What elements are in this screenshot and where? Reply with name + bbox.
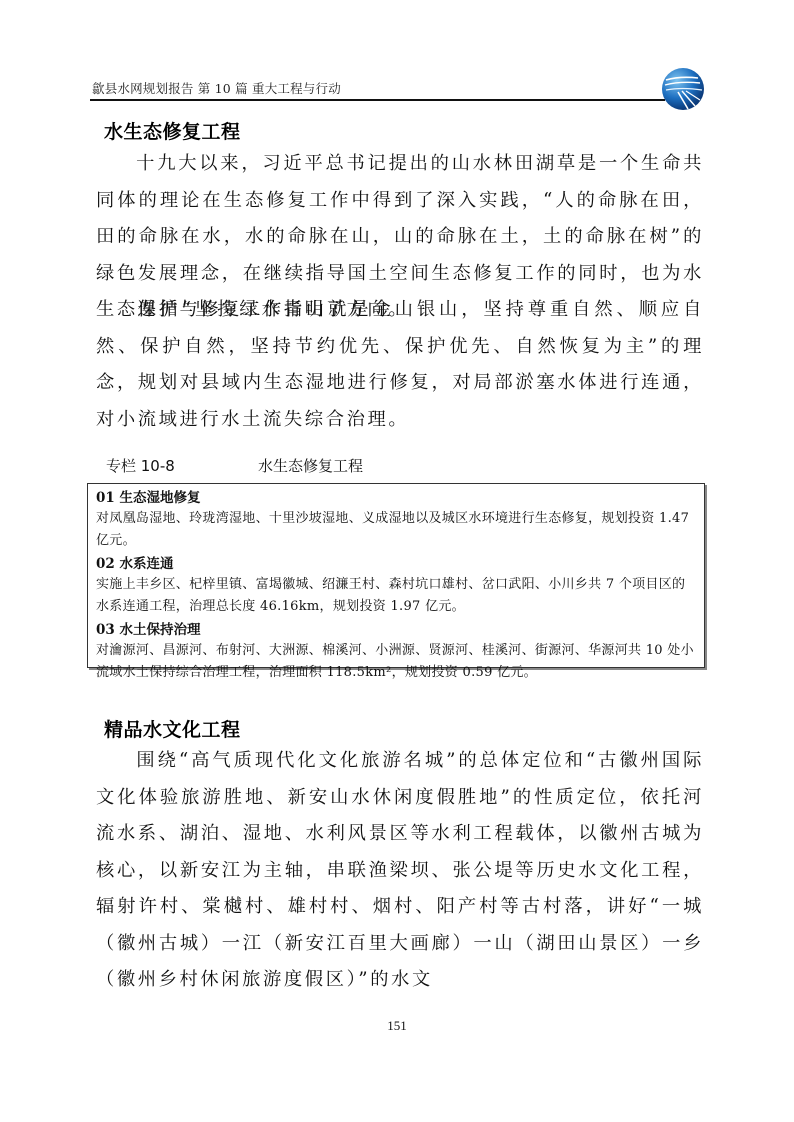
box-item-body: 对瀹源河、昌源河、布射河、大洲源、棉溪河、小洲源、贤源河、桂溪河、街源河、华源河…: [96, 640, 696, 684]
box-title: 水生态修复工程: [258, 455, 363, 476]
water-network-globe-logo-icon: [660, 66, 706, 112]
page-number: 151: [0, 1018, 794, 1034]
paragraph: 围绕“高气质现代化文化旅游名城”的总体定位和“古徽州国际文化体验旅游胜地、新安山…: [96, 743, 704, 999]
box-item-title: 01 生态湿地修复: [96, 488, 696, 508]
paragraph: 遵循“坚持绿水青山就是金山银山，坚持尊重自然、顺应自然、保护自然，坚持节约优先、…: [96, 292, 704, 438]
box-item-title: 02 水系连通: [96, 554, 696, 574]
paragraph-text: 遵循“坚持绿水青山就是金山银山，坚持尊重自然、顺应自然、保护自然，坚持节约优先、…: [96, 299, 704, 430]
header-rule: [90, 99, 665, 101]
paragraph-text: 围绕“高气质现代化文化旅游名城”的总体定位和“古徽州国际文化体验旅游胜地、新安山…: [96, 750, 704, 990]
running-header-title: 歙县水网规划报告 第 10 篇 重大工程与行动: [92, 79, 341, 97]
box-item-body: 对凤凰岛湿地、玲珑湾湿地、十里沙坡湿地、义成湿地以及城区水环境进行生态修复，规划…: [96, 508, 696, 552]
feature-box: 01 生态湿地修复 对凤凰岛湿地、玲珑湾湿地、十里沙坡湿地、义成湿地以及城区水环…: [87, 483, 705, 668]
box-label: 专栏 10-8: [106, 455, 175, 476]
section-title-water-ecology: 水生态修复工程: [104, 117, 241, 144]
box-item-body: 实施上丰乡区、杞梓里镇、富堨徽城、绍濂王村、森村坑口雄村、岔口武阳、小川乡共 7…: [96, 574, 696, 618]
section-title-water-culture: 精品水文化工程: [104, 715, 241, 742]
box-item-title: 03 水土保持治理: [96, 620, 696, 640]
